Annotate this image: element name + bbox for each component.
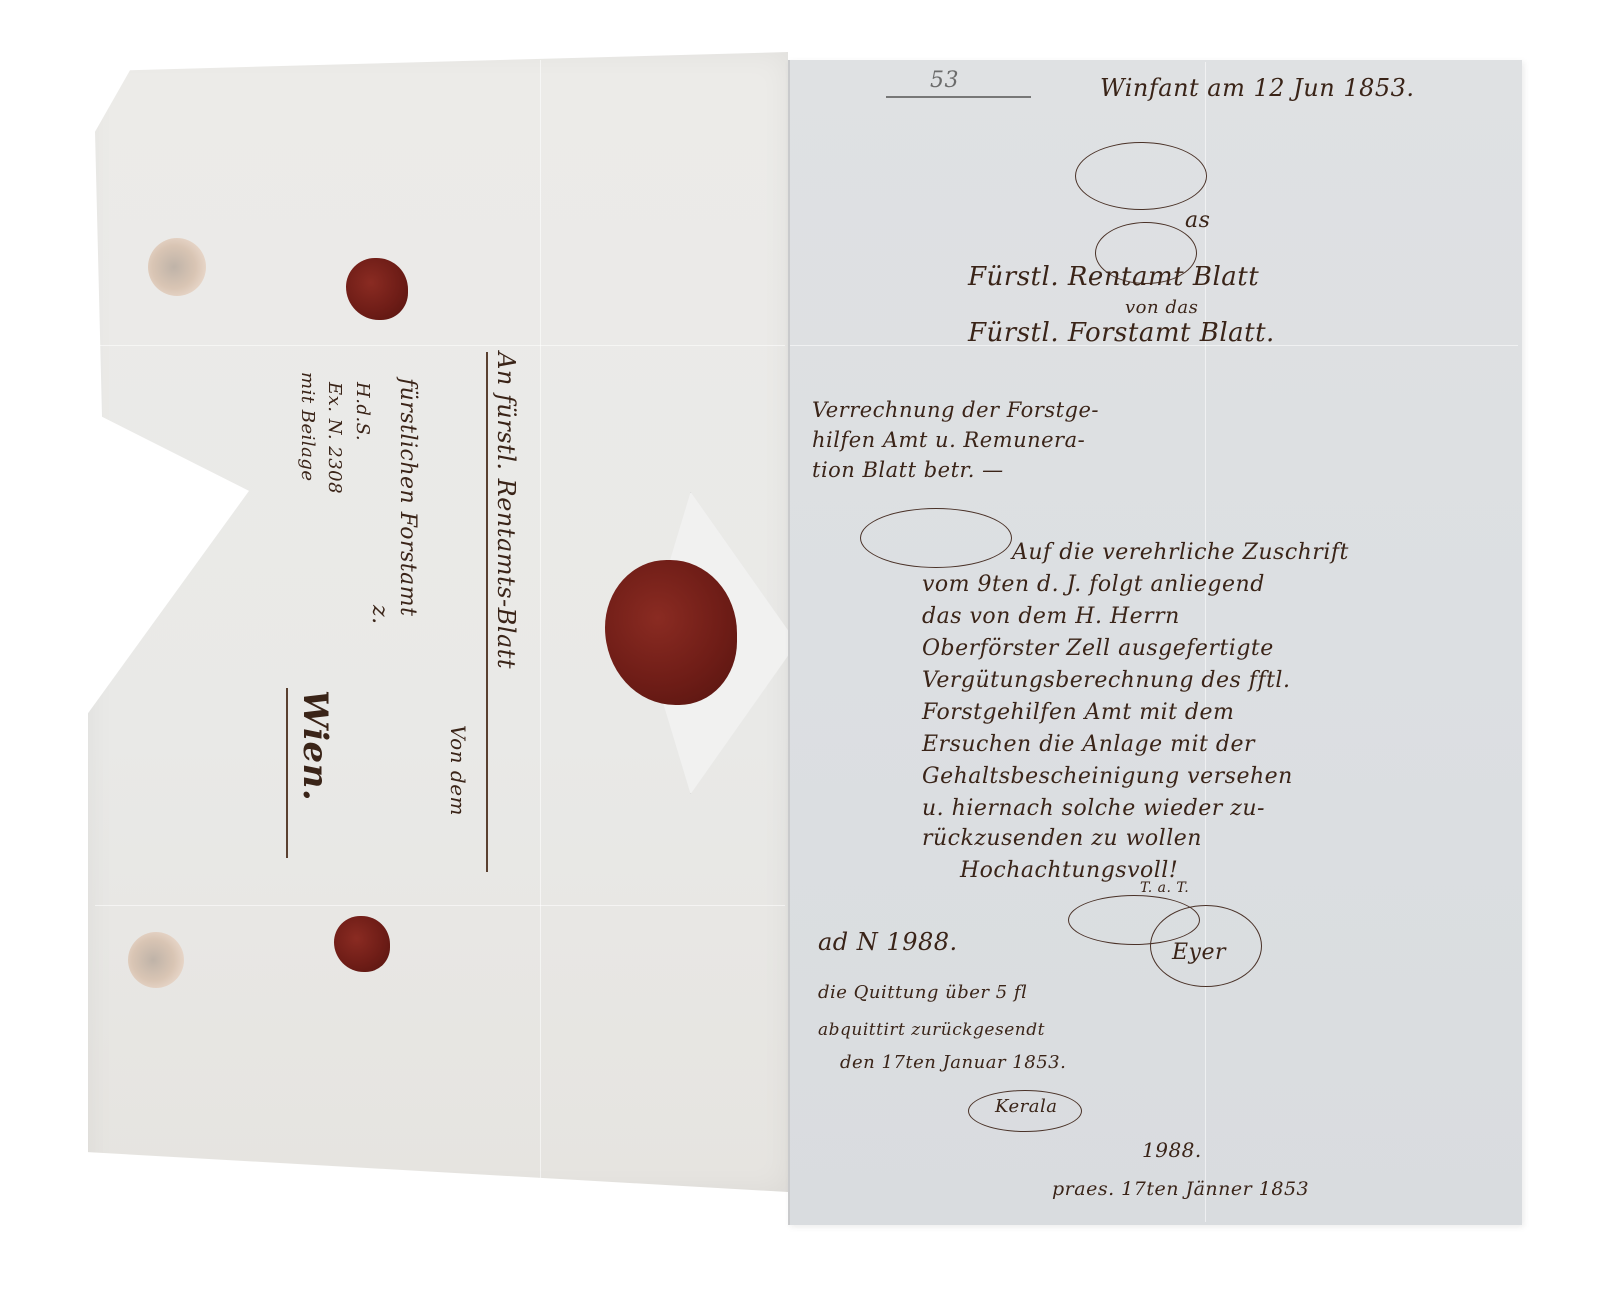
annotation-ref: ad N 1988. xyxy=(818,928,958,956)
abbreviation-mark: T. a. T. xyxy=(1140,880,1189,896)
cover-address-city: Wien. xyxy=(295,690,335,801)
fold-line xyxy=(95,905,785,906)
cover-address-line-4: z. xyxy=(367,605,392,625)
salutation: as xyxy=(1185,208,1210,233)
archive-underline xyxy=(886,96,1031,98)
registry-number: 1988. xyxy=(1142,1138,1202,1162)
body-line-3: das von dem H. Herrn xyxy=(922,604,1180,629)
cover-note-3: mit Beilage xyxy=(297,372,318,482)
body-line-7: Ersuchen die Anlage mit der xyxy=(922,732,1255,757)
subject-line-3: tion Blatt betr. — xyxy=(812,458,1004,482)
signature: Eyer xyxy=(1172,940,1226,965)
annotation-line-2: abquittirt zurückgesendt xyxy=(818,1020,1045,1040)
addressee-line-3: Fürstl. Forstamt Blatt. xyxy=(968,318,1275,348)
body-line-2: vom 9ten d. J. folgt anliegend xyxy=(922,572,1265,597)
body-line-6: Forstgehilfen Amt mit dem xyxy=(922,700,1234,725)
subject-line-1: Verrechnung der Forstge- xyxy=(812,398,1099,422)
body-line-4: Oberförster Zell ausgefertigte xyxy=(922,636,1274,661)
subject-line-2: hilfen Amt u. Remunera- xyxy=(812,428,1085,452)
place-date-line: Winfant am 12 Jun 1853. xyxy=(1100,74,1415,102)
annotation-signature: Kerala xyxy=(995,1096,1057,1117)
body-line-8: Gehaltsbescheinigung versehen xyxy=(922,764,1293,789)
body-line-9: u. hiernach solche wieder zu- xyxy=(922,796,1265,821)
cover-note-2: Ex. N. 2308 xyxy=(324,382,345,494)
addressee-line-2: von das xyxy=(1125,297,1198,318)
wax-residue-stain xyxy=(148,238,206,296)
salutation-flourish xyxy=(1075,142,1207,210)
fold-line xyxy=(540,60,541,1180)
body-line-1: Auf die verehrliche Zuschrift xyxy=(1012,540,1349,565)
fold-line xyxy=(95,345,785,346)
wax-seal-small xyxy=(346,258,408,320)
address-underline xyxy=(486,352,488,872)
annotation-line-1: die Quittung über 5 fl xyxy=(818,982,1027,1003)
body-line-5: Vergütungsberechnung des fftl. xyxy=(922,668,1290,693)
cover-address-line-3: fürstlichen Forstamt xyxy=(395,378,420,616)
cover-address-line-1: An fürstl. Rentamts-Blatt xyxy=(492,352,520,669)
wax-residue-stain xyxy=(128,932,184,988)
wax-seal-small xyxy=(334,916,390,972)
body-line-10: rückzusenden zu wollen xyxy=(922,826,1202,851)
archive-number: 53 xyxy=(930,68,959,93)
city-underline xyxy=(286,688,288,858)
annotation-line-3: den 17ten Januar 1853. xyxy=(840,1052,1066,1073)
addressee-line-1: Fürstl. Rentamt Blatt xyxy=(968,262,1259,292)
cover-note-1: H.d.S. xyxy=(352,382,373,441)
registry-date: praes. 17ten Jänner 1853 xyxy=(1052,1178,1309,1200)
cover-address-line-2: Von dem xyxy=(446,725,470,816)
body-initial-flourish xyxy=(860,508,1012,568)
